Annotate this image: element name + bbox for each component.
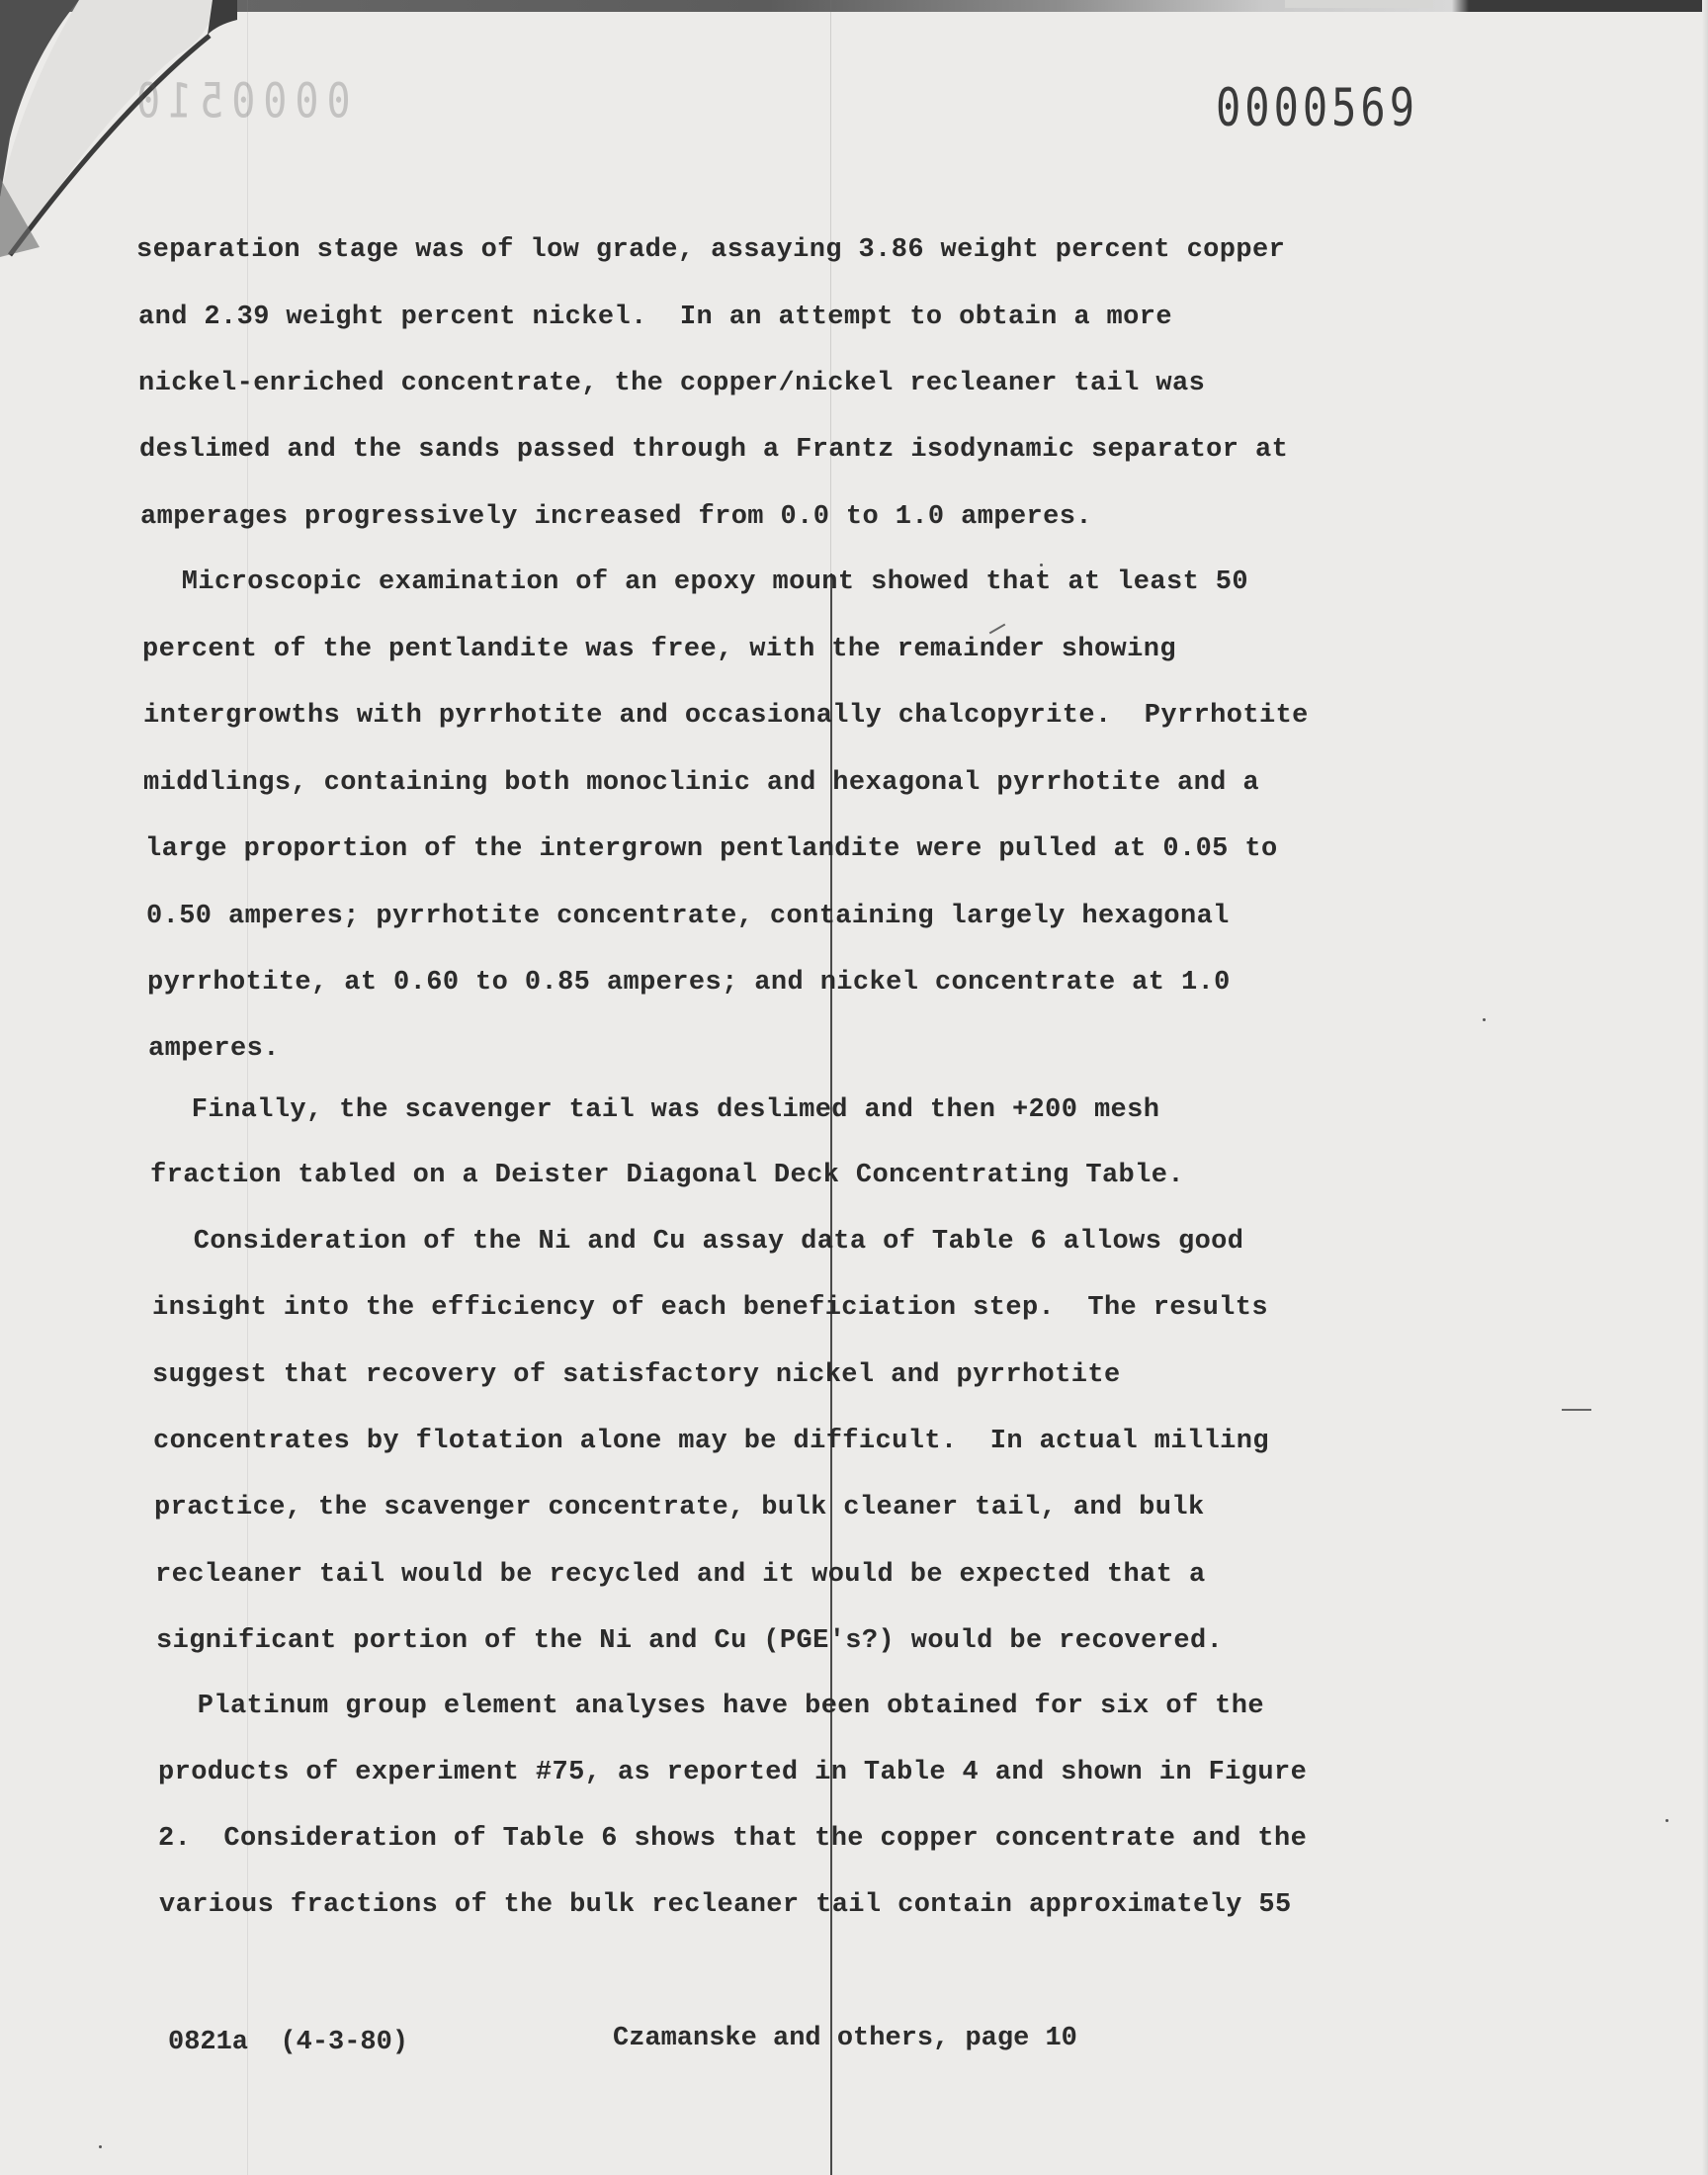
scan-speck	[1665, 1819, 1668, 1822]
text-line: and 2.39 weight percent nickel. In an at…	[138, 303, 1172, 332]
scan-mark	[1562, 1409, 1591, 1411]
text-line: 2. Consideration of Table 6 shows that t…	[158, 1824, 1307, 1854]
text-line: separation stage was of low grade, assay…	[136, 235, 1285, 265]
text-line: Platinum group element analyses have bee…	[148, 1692, 1264, 1721]
page-stamp-number: 0000569	[1216, 77, 1418, 137]
bleed-through-stamp: 0000510	[128, 74, 351, 129]
text-line: suggest that recovery of satisfactory ni…	[152, 1360, 1121, 1390]
text-line: amperages progressively increased from 0…	[140, 502, 1092, 532]
scan-speck	[1483, 1018, 1486, 1021]
pencil-mark	[989, 624, 1006, 635]
text-line: pyrrhotite, at 0.60 to 0.85 amperes; and…	[147, 968, 1231, 998]
text-line: various fractions of the bulk recleaner …	[159, 1890, 1292, 1920]
text-line: Microscopic examination of an epoxy moun…	[132, 567, 1248, 597]
text-line: nickel-enriched concentrate, the copper/…	[138, 369, 1205, 398]
text-line: middlings, containing both monoclinic an…	[143, 768, 1259, 798]
running-footer: Czamanske and others, page 10	[613, 2024, 1077, 2053]
scan-right-edge	[1702, 0, 1708, 2175]
text-line: recleaner tail would be recycled and it …	[155, 1560, 1206, 1590]
scan-top-edge-shadow	[0, 0, 1708, 12]
text-line: percent of the pentlandite was free, wit…	[142, 635, 1176, 664]
text-line: Consideration of the Ni and Cu assay dat…	[144, 1227, 1243, 1257]
text-line: significant portion of the Ni and Cu (PG…	[156, 1626, 1223, 1656]
scan-speck	[1040, 564, 1043, 566]
text-line: Finally, the scavenger tail was deslimed…	[142, 1095, 1159, 1125]
scan-speck	[539, 1361, 542, 1364]
scan-speck	[99, 2145, 102, 2148]
text-line: deslimed and the sands passed through a …	[139, 435, 1288, 465]
text-line: 0.50 amperes; pyrrhotite concentrate, co…	[146, 902, 1230, 931]
text-line: fraction tabled on a Deister Diagonal De…	[150, 1161, 1184, 1190]
text-line: amperes.	[148, 1034, 280, 1064]
scanned-document-page: 0000510 0000569 separation stage was of …	[0, 0, 1708, 2175]
text-line: products of experiment #75, as reported …	[158, 1758, 1307, 1787]
text-line: large proportion of the intergrown pentl…	[145, 834, 1278, 864]
text-line: practice, the scavenger concentrate, bul…	[154, 1493, 1205, 1522]
scan-top-edge-gap	[1285, 0, 1433, 8]
text-line: intergrowths with pyrrhotite and occasio…	[143, 701, 1309, 731]
document-code-date: 0821a (4-3-80)	[168, 2028, 408, 2057]
text-line: insight into the efficiency of each bene…	[152, 1293, 1268, 1323]
text-line: concentrates by flotation alone may be d…	[153, 1427, 1269, 1456]
